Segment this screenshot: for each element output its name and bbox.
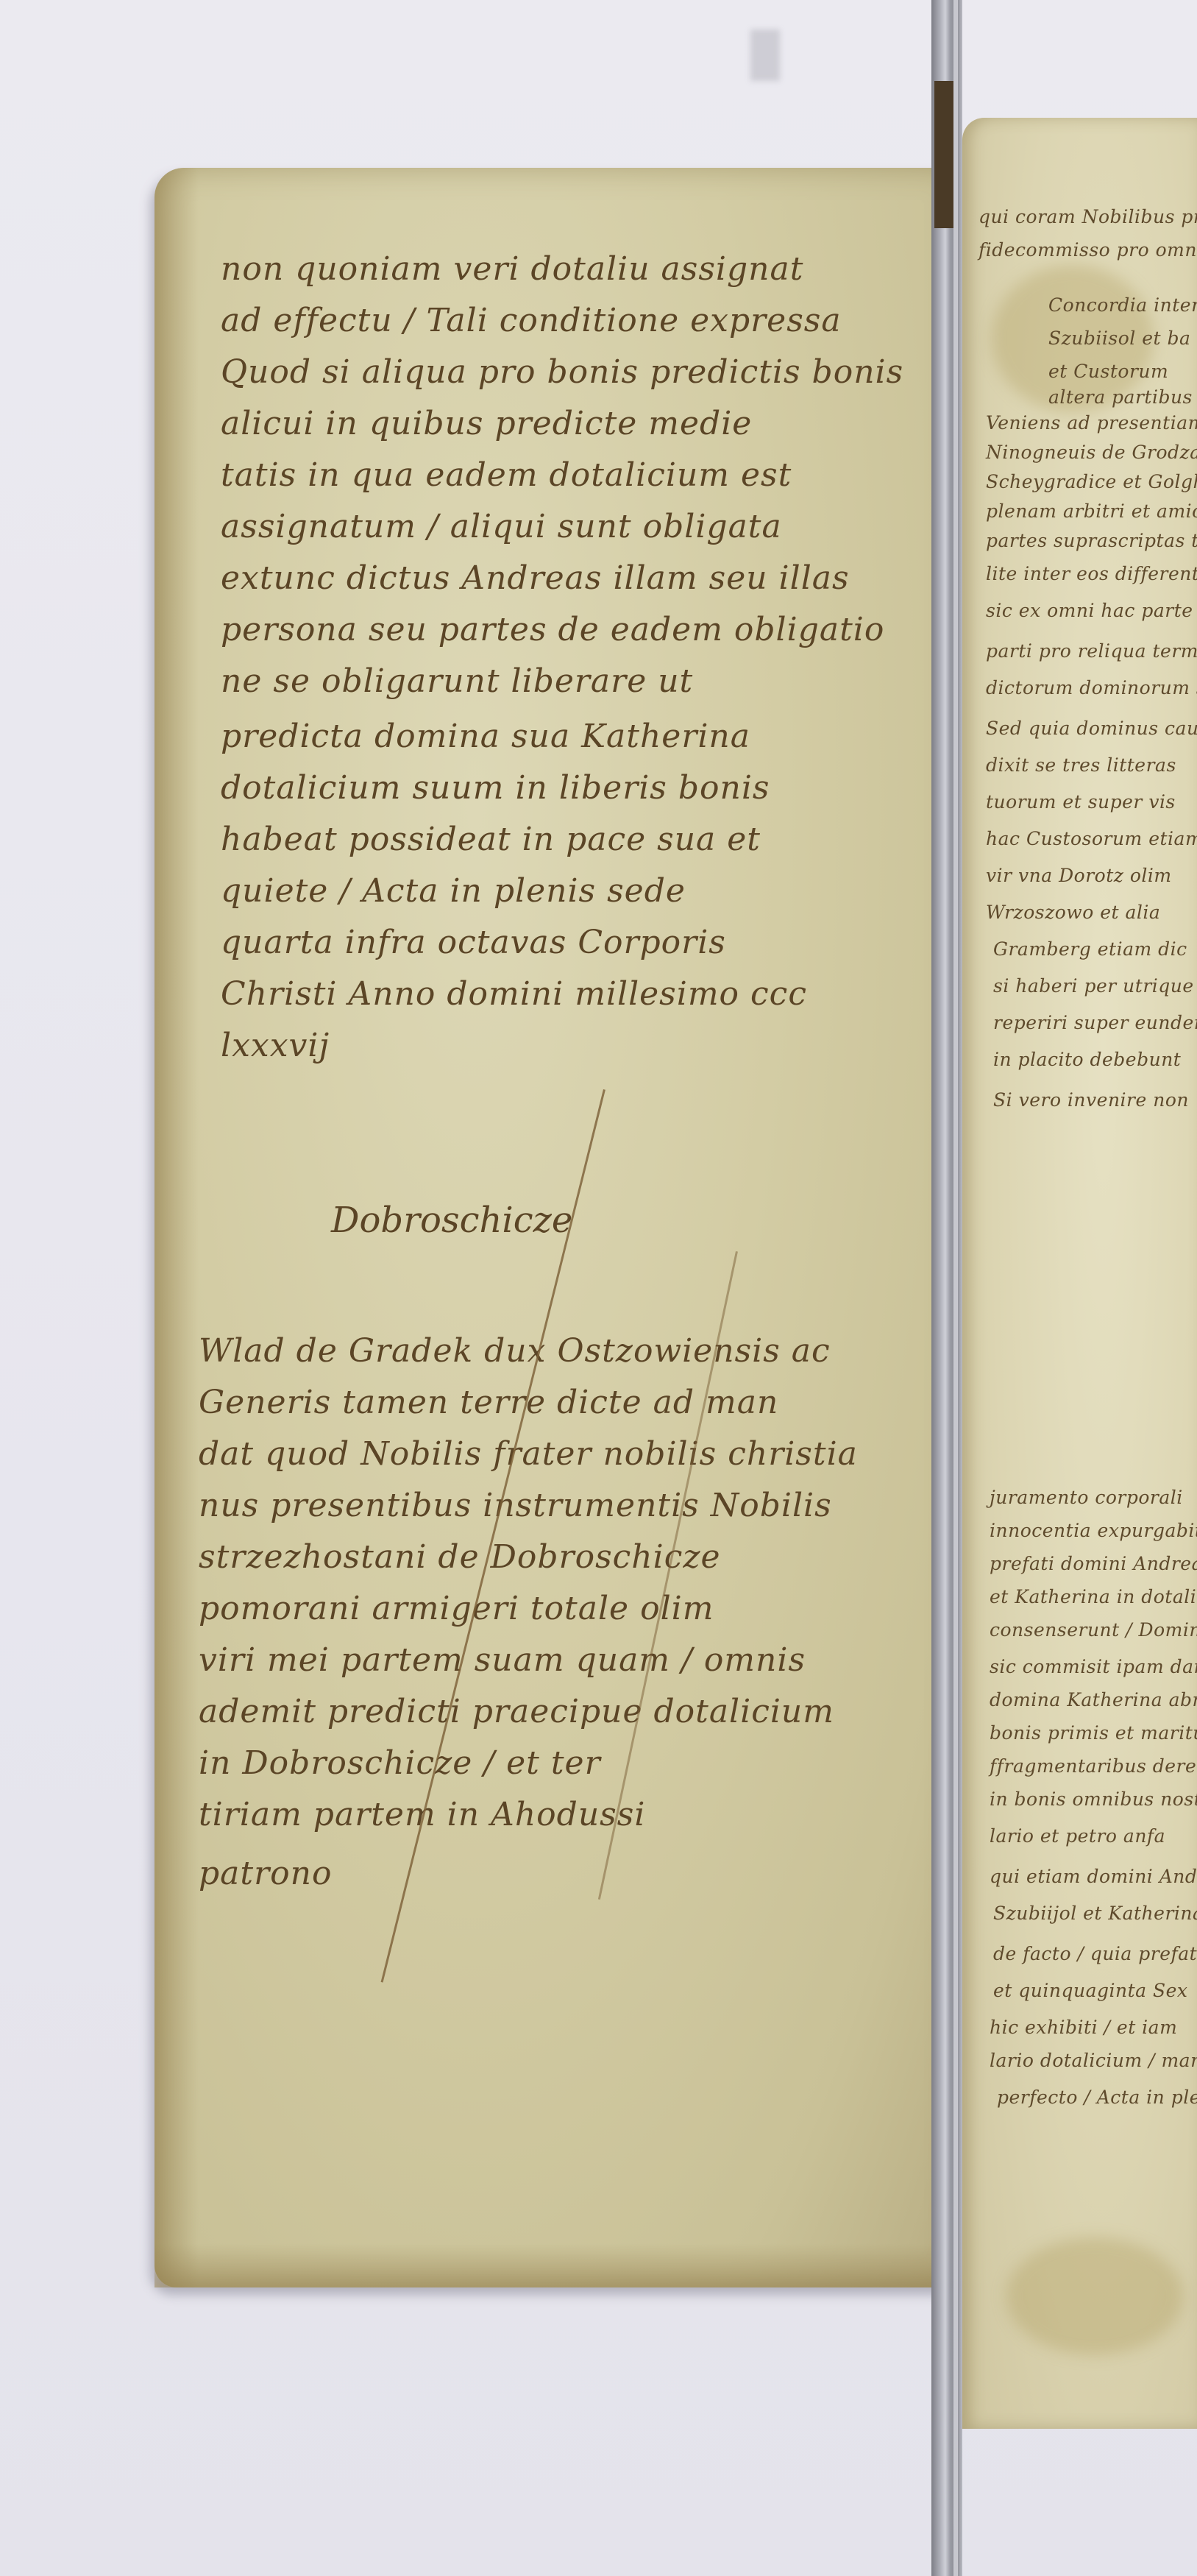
text-line: quarta infra octavas Corporis (221, 924, 726, 961)
text-line: dixit se tres litteras (986, 754, 1176, 776)
text-line: Quod si aliqua pro bonis predictis bonis (221, 353, 903, 391)
text-line: nus presentibus instrumentis Nobilis (199, 1487, 832, 1524)
text-line: domina Katherina abrenun (990, 1689, 1197, 1710)
text-line: strzezhostani de Dobroschicze (199, 1538, 721, 1576)
text-line: habeat possideat in pace sua et (221, 821, 761, 858)
text-line: viri mei partem suam quam / omnis (199, 1641, 806, 1679)
text-line: ne se obligarunt liberare ut (221, 662, 693, 700)
text-line: hac Custosorum etiam (986, 828, 1197, 849)
text-line: ffragmentaribus derelict (990, 1755, 1197, 1777)
text-line: lario et petro anfa (990, 1825, 1165, 1847)
text-line: tatis in qua eadem dotalicium est (221, 456, 792, 494)
text-line: dat quod Nobilis frater nobilis christia (199, 1435, 858, 1473)
text-line: et quinquaginta Sex (993, 1980, 1188, 2001)
text-line: patrono (199, 1855, 332, 1892)
text-line: fidecommisso pro omni pa (978, 239, 1197, 261)
text-line: lite inter eos differentia (986, 563, 1197, 584)
text-line: Christi Anno domini millesimo ccc (221, 975, 807, 1013)
text-line: Gramberg etiam dic (993, 938, 1187, 960)
text-line: sic ex omni hac parte (986, 600, 1193, 621)
text-line: altera partibus (1048, 386, 1193, 408)
text-line: ademit predicti praecipue dotalicium (199, 1693, 834, 1730)
smudge-mark (750, 29, 780, 81)
binding-strap (934, 81, 953, 228)
text-line: extunc dictus Andreas illam seu illas (221, 559, 850, 597)
text-line: Szubiijol et Katherina (993, 1903, 1197, 1924)
text-line: Veniens ad presentiam domini (986, 412, 1197, 434)
text-line: Sed quia dominus cau (986, 718, 1197, 739)
text-line: in placito debebunt (993, 1049, 1181, 1070)
text-line: et Custorum (1048, 361, 1168, 382)
text-line: Szubiisol et ba (1048, 328, 1190, 349)
text-line: Wlad de Gradek dux Ostzowiensis ac (199, 1332, 831, 1370)
text-line: partes suprascriptas t (986, 530, 1197, 551)
text-line: prefati domini Andreas (990, 1553, 1197, 1574)
section-heading: Dobroschicze (331, 1200, 572, 1241)
text-line: persona seu partes de eadem obligatio (221, 611, 884, 648)
text-line: qui coram Nobilibus pro (978, 206, 1197, 227)
text-line: reperiri super eundem (993, 1012, 1197, 1033)
text-line: sic commisit ipam dare (990, 1656, 1197, 1677)
text-line: non quoniam veri dotaliu assignat (221, 250, 803, 288)
text-line: assignatum / aliqui sunt obligata (221, 508, 782, 545)
text-line: Si vero invenire non (993, 1089, 1189, 1111)
text-line: ad effectu / Tali conditione expressa (221, 302, 842, 339)
water-stain (1006, 2237, 1183, 2355)
text-line: Concordia inter (1048, 294, 1197, 316)
text-line: plenam arbitri et amicabili (986, 500, 1197, 522)
text-line: alicui in quibus predicte medie (221, 405, 752, 442)
text-line: dictorum dominorum sit rest (986, 677, 1197, 698)
text-line: et Katherina in dotali (990, 1586, 1196, 1607)
text-line: juramento corporali (990, 1487, 1183, 1508)
right-page (962, 118, 1197, 2429)
text-line: de facto / quia prefata (993, 1943, 1197, 1964)
text-line: Scheygradice et Golgha (986, 471, 1197, 492)
text-line: perfecto / Acta in plenis (997, 2087, 1197, 2108)
text-line: in Dobroschicze / et ter (199, 1744, 601, 1782)
text-line: quiete / Acta in plenis sede (221, 872, 686, 910)
text-line: si haberi per utrique (993, 975, 1194, 997)
text-line: hic exhibiti / et iam (990, 2017, 1177, 2038)
text-line: vir vna Dorotz olim (986, 865, 1172, 886)
text-line: Generis tamen terre dicte ad man (199, 1384, 778, 1421)
text-line: parti pro reliqua termina (986, 640, 1197, 662)
text-line: pomorani armigeri totale olim (199, 1590, 714, 1627)
text-line: predicta domina sua Katherina (221, 718, 750, 755)
text-line: qui etiam domini Andreas (990, 1866, 1197, 1887)
text-line: dotalicium suum in liberis bonis (221, 769, 770, 807)
text-line: bonis primis et maritus (990, 1722, 1197, 1744)
spine-highlight (953, 0, 958, 2576)
text-line: lxxxvij (221, 1027, 330, 1064)
text-line: lario dotalicium / mar (990, 2050, 1197, 2071)
text-line: tuorum et super vis (986, 791, 1176, 813)
text-line: innocentia expurgabit (990, 1520, 1197, 1541)
text-line: in bonis omnibus nostris (990, 1788, 1197, 1810)
text-line: Wrzoszowo et alia (986, 902, 1160, 923)
text-line: consenserunt / Dominus vero (990, 1619, 1197, 1641)
text-line: Ninogneuis de Grodza (986, 442, 1197, 463)
